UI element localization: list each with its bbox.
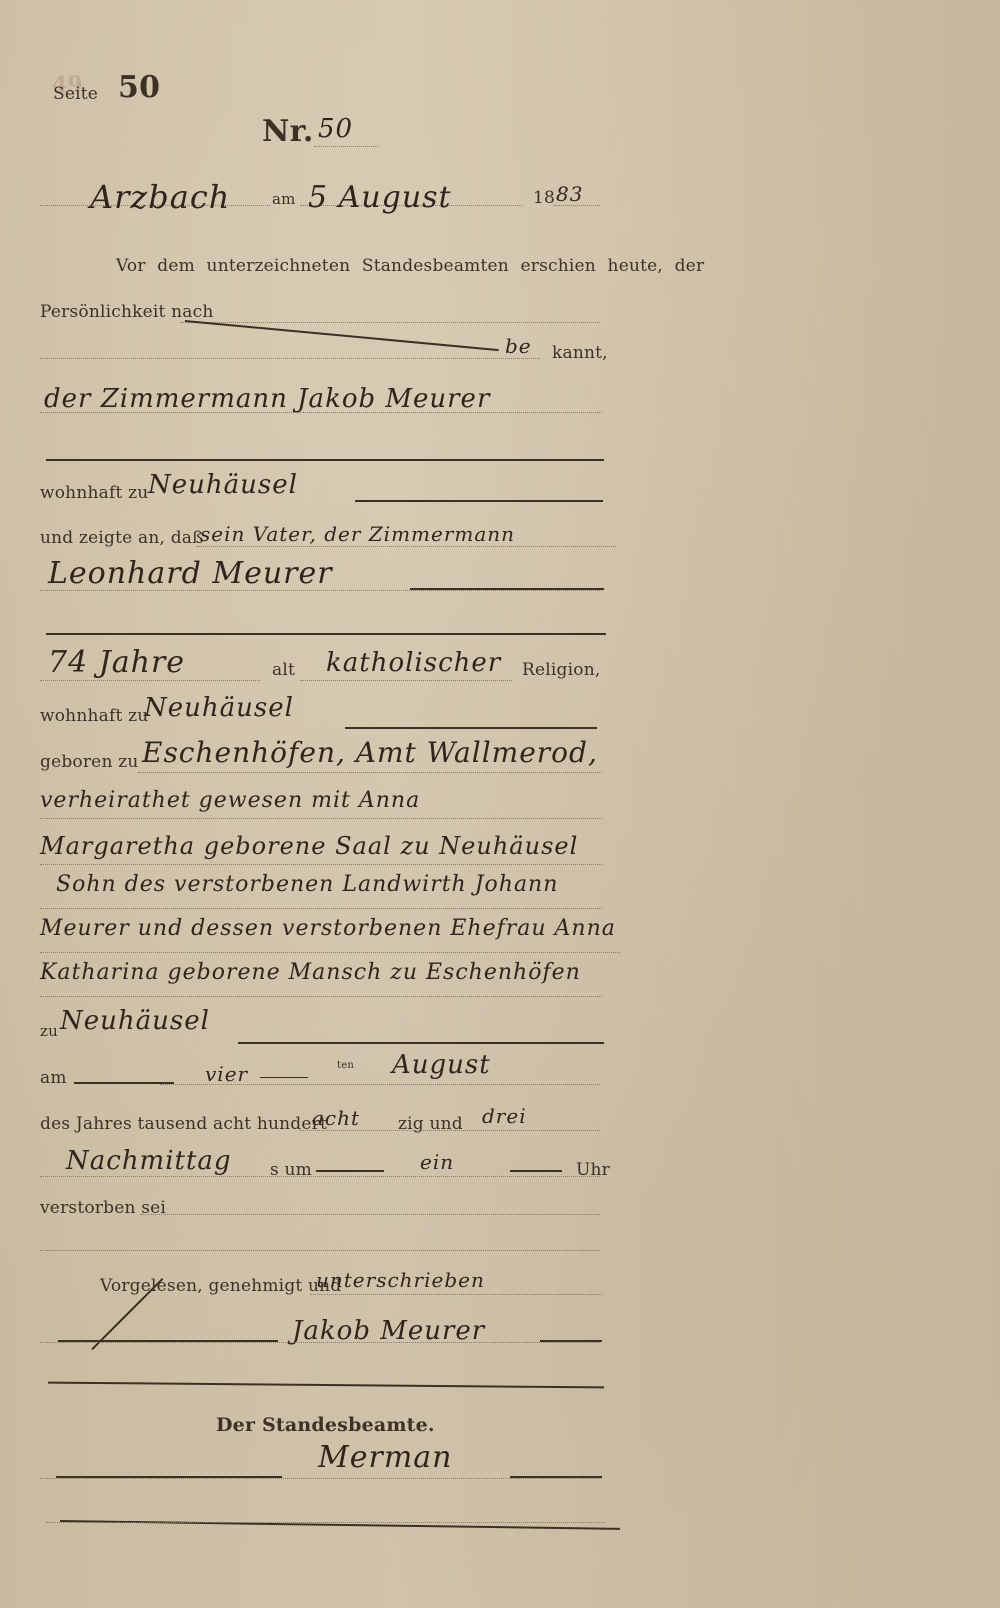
entry-label: Nr. xyxy=(262,114,314,149)
death-hour: ein xyxy=(420,1150,454,1174)
informant-residence-label: wohnhaft zu xyxy=(40,483,148,503)
official-signature: Merman xyxy=(318,1440,452,1475)
official-guide xyxy=(40,1478,602,1479)
declared-label: und zeigte an, daß xyxy=(40,528,204,548)
informant-residence: Neuhäusel xyxy=(148,470,298,500)
death-am-label: am xyxy=(40,1068,67,1088)
known-fill: be xyxy=(505,334,532,358)
read-approved-label: Vorgelesen, genehmigt und xyxy=(100,1276,341,1296)
marital-guide-3 xyxy=(40,908,602,909)
deceased-age: 74 Jahre xyxy=(48,645,185,680)
closing-divider xyxy=(48,1382,604,1389)
page-number: 50 xyxy=(118,70,160,105)
am-label: am xyxy=(272,190,296,208)
year-prefix: 18 xyxy=(533,188,555,208)
marital-guide-5 xyxy=(40,996,602,997)
death-unit: drei xyxy=(482,1104,527,1128)
marital-guide-1 xyxy=(40,818,602,819)
death-place-label: zu xyxy=(40,1022,58,1040)
deceased-birthplace: Eschenhöfen, Amt Wallmerod, xyxy=(142,736,598,769)
personality-guide xyxy=(180,322,600,323)
death-month: August xyxy=(392,1050,491,1080)
marital-line-2: Margaretha geborene Saal zu Neuhäusel xyxy=(40,832,578,860)
informant-residence-rule xyxy=(355,500,603,502)
year-suffix: 83 xyxy=(556,182,583,206)
year-text-guide xyxy=(300,1130,600,1131)
deceased-residence: Neuhäusel xyxy=(144,693,294,723)
marital-line-5: Katharina geborene Mansch zu Eschenhöfen xyxy=(40,960,581,985)
declared-guide xyxy=(196,546,616,547)
deceased-residence-label: wohnhaft zu xyxy=(40,706,148,726)
death-date-guide xyxy=(160,1084,600,1085)
religion-label: Religion, xyxy=(522,660,600,680)
known-label: kannt, xyxy=(552,343,608,363)
deceased-name: Leonhard Meurer xyxy=(48,556,333,591)
marital-guide-4 xyxy=(40,952,620,953)
uhr-label: Uhr xyxy=(576,1160,610,1180)
birthplace-guide xyxy=(138,772,602,773)
declared-fill: sein Vater, der Zimmermann xyxy=(200,522,515,546)
deceased-filler-rule xyxy=(46,633,606,635)
verstorben-label: verstorben sei xyxy=(40,1198,166,1218)
entry-number-guide xyxy=(314,146,378,147)
register-page: 49 Seite 50 Nr. 50 Arzbach am 5 August 1… xyxy=(0,0,1000,1608)
death-day: vier xyxy=(205,1062,248,1086)
official-title: Der Standesbeamte. xyxy=(216,1414,435,1436)
known-guide xyxy=(40,358,540,359)
read-approved-guide xyxy=(310,1294,602,1295)
alt-label: alt xyxy=(272,660,295,680)
personality-label: Persönlichkeit nach xyxy=(40,302,214,322)
verstorben-guide-1 xyxy=(140,1214,600,1215)
death-time-of-day: Nachmittag xyxy=(66,1146,232,1176)
hour-rule-right xyxy=(510,1170,562,1172)
s-um-label: s um xyxy=(270,1160,312,1180)
signature-guide xyxy=(40,1342,600,1343)
religion-guide xyxy=(300,680,512,681)
intro-line: Vor dem unterzeichneten Standesbeamten e… xyxy=(116,256,704,276)
strike-line xyxy=(185,320,499,351)
death-place-rule xyxy=(238,1042,604,1044)
deceased-residence-rule xyxy=(345,727,597,729)
informant-name: der Zimmermann Jakob Meurer xyxy=(44,384,490,414)
year-text-label: des Jahres tausend acht hundert xyxy=(40,1114,327,1134)
informant-filler-rule xyxy=(46,459,604,461)
death-place: Neuhäusel xyxy=(60,1006,210,1036)
age-guide xyxy=(40,680,260,681)
page-label: Seite xyxy=(53,84,98,104)
death-am-rule xyxy=(74,1082,174,1084)
marital-line-4: Meurer und dessen verstorbenen Ehefrau A… xyxy=(40,916,616,941)
entry-number: 50 xyxy=(318,114,353,144)
marital-line-1: verheirathet gewesen mit Anna xyxy=(40,788,420,813)
deceased-name-guide xyxy=(40,590,602,591)
registration-date: 5 August xyxy=(308,180,452,215)
born-label: geboren zu xyxy=(40,752,139,772)
ten-label: ten xyxy=(337,1060,354,1071)
registration-place: Arzbach xyxy=(90,178,230,216)
bottom-guide xyxy=(46,1522,606,1523)
death-day-rule xyxy=(260,1077,308,1078)
verstorben-guide-2 xyxy=(40,1250,600,1251)
deceased-religion: katholischer xyxy=(326,648,501,678)
informant-guide xyxy=(40,412,602,413)
time-guide xyxy=(40,1176,600,1177)
deceased-name-rule xyxy=(410,588,604,590)
read-approved-fill: unterschrieben xyxy=(316,1268,485,1292)
marital-guide-2 xyxy=(40,864,602,865)
zig-label: zig und xyxy=(398,1114,463,1134)
death-decade: acht xyxy=(312,1106,360,1130)
marital-line-3: Sohn des verstorbenen Landwirth Johann xyxy=(56,872,558,897)
year-guide xyxy=(554,205,600,206)
hour-rule-left xyxy=(316,1170,384,1172)
